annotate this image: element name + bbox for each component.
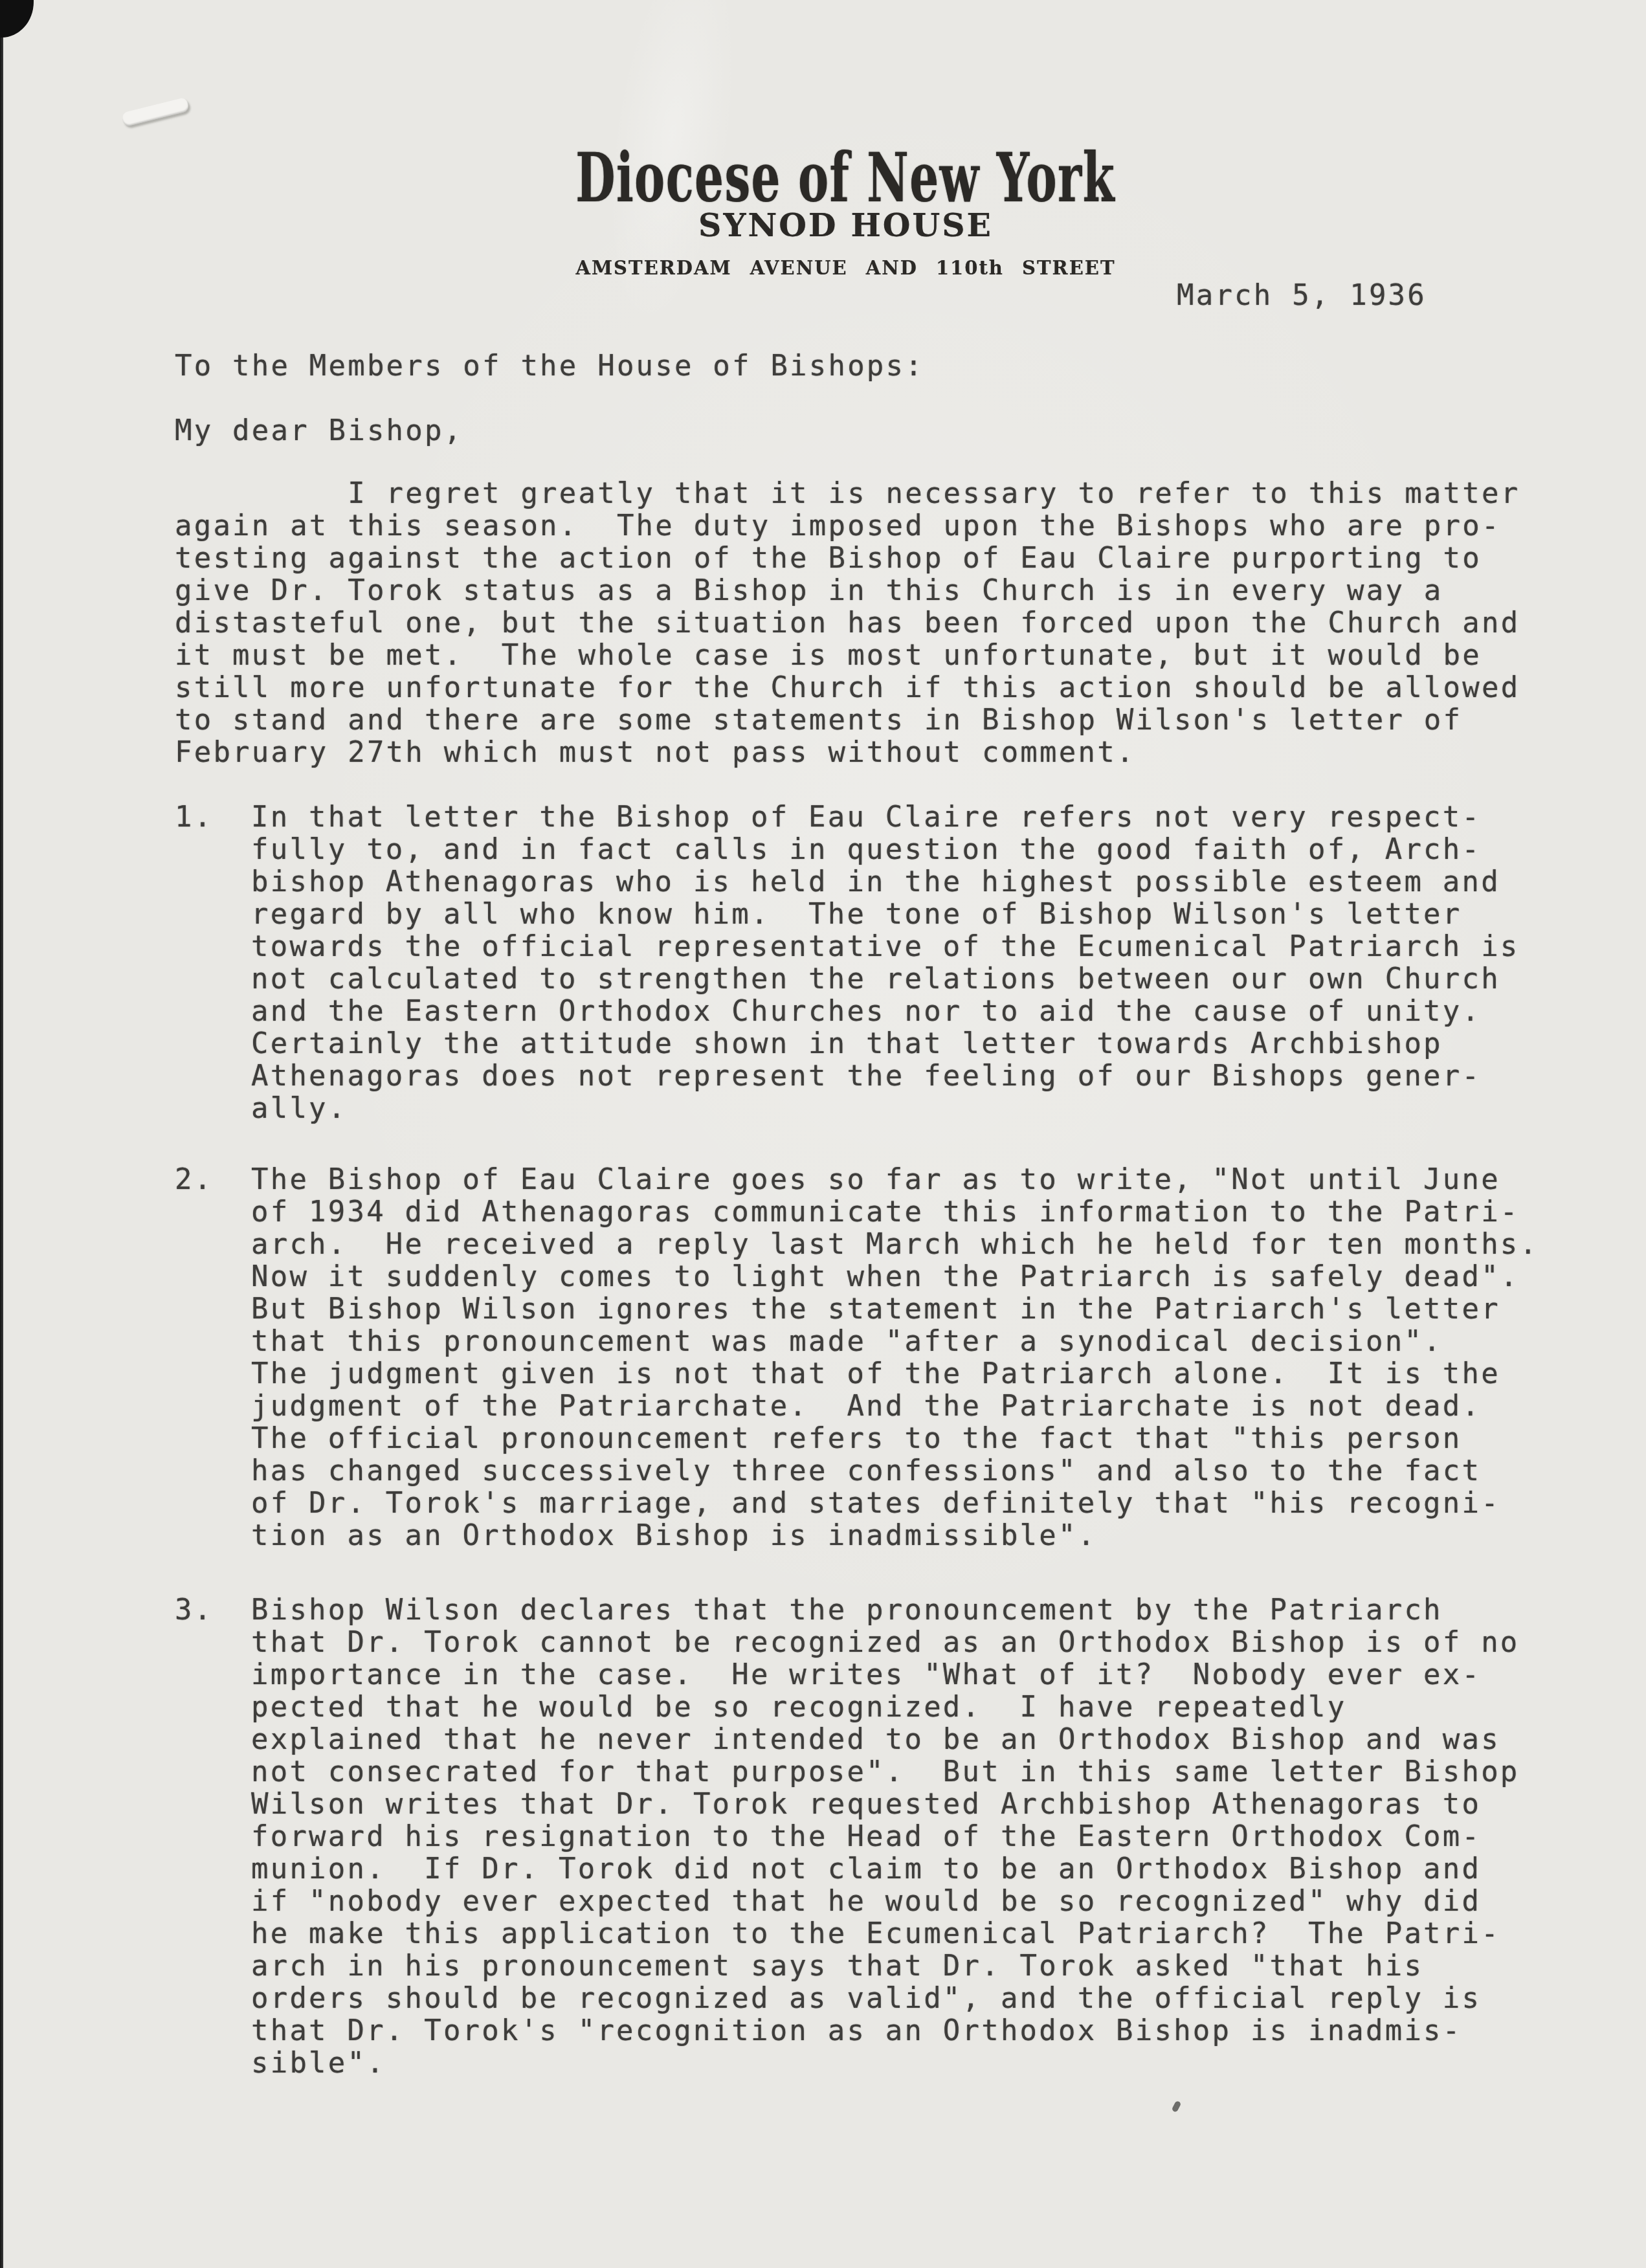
list-item-number: 3.	[175, 1594, 213, 1627]
scan-edge-artifact	[0, 0, 3, 2268]
letter-date: March 5, 1936	[1177, 280, 1427, 312]
ink-speck	[1172, 2100, 1182, 2113]
scanned-letter-page: Diocese of New York SYNOD HOUSE AMSTERDA…	[0, 0, 1646, 2268]
list-item: 1.In that letter the Bishop of Eau Clair…	[175, 801, 1599, 1125]
staple-mark	[121, 97, 190, 128]
greeting-line: My dear Bishop,	[175, 415, 463, 447]
address-line: AMSTERDAM AVENUE AND 110th STREET	[23, 258, 1646, 278]
scan-corner-artifact	[0, 0, 34, 38]
numbered-items: 1.In that letter the Bishop of Eau Clair…	[175, 801, 1599, 2080]
list-item-number: 1.	[175, 801, 213, 834]
addressee-line: To the Members of the House of Bishops:	[175, 350, 924, 383]
letter-body: I regret greatly that it is necessary to…	[175, 478, 1599, 2080]
list-item-text: Bishop Wilson declares that the pronounc…	[251, 1594, 1599, 2080]
list-item: 3.Bishop Wilson declares that the pronou…	[175, 1594, 1599, 2080]
list-item-number: 2.	[175, 1164, 213, 1196]
opening-paragraph: I regret greatly that it is necessary to…	[175, 478, 1599, 769]
list-item-text: In that letter the Bishop of Eau Claire …	[251, 801, 1599, 1125]
list-item: 2.The Bishop of Eau Claire goes so far a…	[175, 1164, 1599, 1552]
list-item-text: The Bishop of Eau Claire goes so far as …	[251, 1164, 1599, 1552]
building-name: SYNOD HOUSE	[23, 208, 1646, 242]
